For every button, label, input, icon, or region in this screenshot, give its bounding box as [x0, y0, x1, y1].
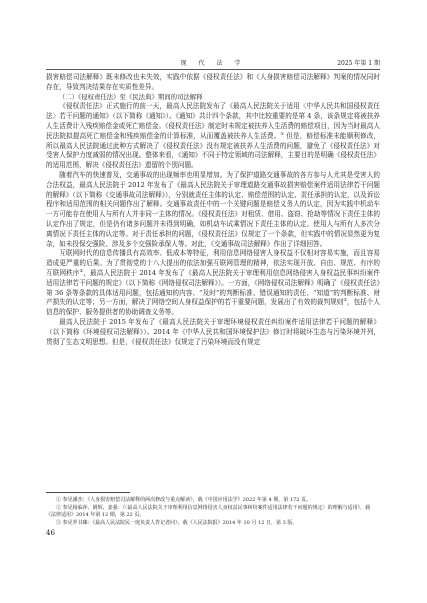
section-subheading: （二）《侵权责任法》至《民法典》期间的司法解释 [46, 93, 380, 103]
footnote: ② 参见杨临萍、姚辉、姜强：《〈最高人民法院关于审理利用信息网络侵害人身权益民事… [46, 505, 380, 520]
footnote: ③ 参见罗书臻：《最高人民法院民一庭负责人答记者问》，载《人民法院报》2014 … [46, 520, 380, 528]
paragraph: 《侵权责任法》正式施行的前一天，最高人民法院发布了《最高人民法院关于适用〈中华人… [46, 102, 380, 171]
page-number: 46 [46, 529, 55, 537]
article-body: 损害赔偿司法解释》既未修改也未失效，实践中依据《侵权责任法》和《人身损害赔偿司法… [46, 73, 380, 347]
paragraph: 最高人民法院于 2015 年发布了《最高人民法院关于审理环境侵权责任纠纷案件适用… [46, 318, 380, 347]
footnote-rule [46, 492, 130, 493]
issue-label: 2025 年第 1 期 [337, 58, 380, 67]
header-rule [46, 69, 380, 70]
paragraph-continued: 损害赔偿司法解释》既未修改也未失效，实践中依据《侵权责任法》和《人身损害赔偿司法… [46, 73, 380, 93]
paragraph: 随着汽车的快速普及，交通事故的出现频率也明显增加。为了保护道路交通事故的各方参与… [46, 171, 380, 249]
journal-title: 现 代 法 学 [46, 58, 380, 67]
paragraph: 互联网时代的信息传播具有高效率、低成本等特征，利用信息网络侵害人身权益不仅相对容… [46, 249, 380, 318]
footnotes: ① 参见潘杰：《人身损害赔偿司法解释的两次修改与重点解读》，载《中国应用法学》2… [46, 497, 380, 527]
footnote: ① 参见潘杰：《人身损害赔偿司法解释的两次修改与重点解读》，载《中国应用法学》2… [46, 497, 380, 505]
